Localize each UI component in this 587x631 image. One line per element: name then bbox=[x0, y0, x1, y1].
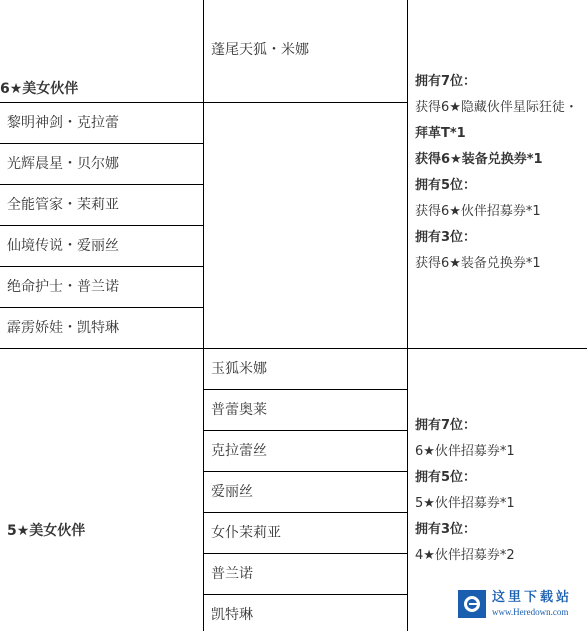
tier6-hidden-partner: 蓬尾天狐・米娜 bbox=[211, 40, 309, 60]
tier6-reward-line: 获得6★隐藏伙伴星际狂徒・ bbox=[415, 99, 578, 117]
tier6-partner: 光辉晨星・贝尔娜 bbox=[7, 154, 119, 174]
watermark-logo: 这里下载站 www.Heredown.com bbox=[458, 586, 584, 622]
tier5-reward-line: 5★伙伴招募券*1 bbox=[415, 495, 515, 513]
watermark-url: www.Heredown.com bbox=[492, 606, 572, 618]
tier5-partner: 克拉蕾丝 bbox=[211, 441, 267, 461]
row-divider bbox=[203, 512, 407, 513]
tier5-partner: 玉狐米娜 bbox=[211, 359, 267, 379]
tier5-reward-line: 拥有5位： bbox=[415, 469, 476, 487]
tier5-reward-line: 4★伙伴招募券*2 bbox=[415, 547, 515, 565]
row-divider bbox=[0, 266, 203, 267]
tier5-partner: 女仆茉莉亚 bbox=[211, 523, 281, 543]
column-divider-1 bbox=[203, 0, 204, 631]
tier6-reward-line: 拥有3位： bbox=[415, 229, 476, 247]
row-divider bbox=[0, 143, 203, 144]
tier5-reward-line: 拥有7位： bbox=[415, 417, 476, 435]
heredown-logo-icon bbox=[458, 590, 486, 618]
tier6-reward-line: 获得6★装备兑换券*1 bbox=[415, 255, 541, 273]
row-divider bbox=[203, 594, 407, 595]
tier6-reward-line: 拜革T*1 bbox=[415, 125, 466, 143]
row-divider bbox=[203, 389, 407, 390]
column-divider-2 bbox=[407, 0, 408, 631]
row-divider bbox=[203, 553, 407, 554]
row-divider bbox=[203, 430, 407, 431]
tier5-partner: 普蕾奥莱 bbox=[211, 400, 267, 420]
tier5-partner: 普兰诺 bbox=[211, 564, 253, 584]
tier6-reward-line: 拥有5位： bbox=[415, 177, 476, 195]
row-divider bbox=[0, 225, 203, 226]
row-divider bbox=[203, 471, 407, 472]
row-divider bbox=[0, 184, 203, 185]
tier5-reward-line: 6★伙伴招募券*1 bbox=[415, 443, 515, 461]
tier5-reward-line: 拥有3位： bbox=[415, 521, 476, 539]
tier6-partner: 黎明神剑・克拉蕾 bbox=[7, 113, 119, 133]
tier5-partner: 爱丽丝 bbox=[211, 482, 253, 502]
tier6-reward-line: 获得6★装备兑换券*1 bbox=[415, 151, 543, 169]
tier6-reward-line: 获得6★伙伴招募券*1 bbox=[415, 203, 541, 221]
watermark-name: 这里下载站 bbox=[492, 590, 572, 606]
tier6-reward-line: 拥有7位： bbox=[415, 73, 476, 91]
tier6-partner: 仙境传说・爱丽丝 bbox=[7, 236, 119, 256]
tier5-category-label: 5★美女伙伴 bbox=[7, 521, 85, 541]
tier6-partner: 全能管家・茉莉亚 bbox=[7, 195, 119, 215]
tier5-partner: 凯特琳 bbox=[211, 605, 253, 625]
tier6-category-label: 6★美女伙伴 bbox=[0, 79, 78, 99]
tier6-partner: 绝命护士・普兰诺 bbox=[7, 277, 119, 297]
tier6-partner: 霹雳娇娃・凯特琳 bbox=[7, 318, 119, 338]
row-divider bbox=[0, 307, 203, 308]
row-divider bbox=[0, 102, 407, 103]
section-divider bbox=[0, 348, 587, 349]
